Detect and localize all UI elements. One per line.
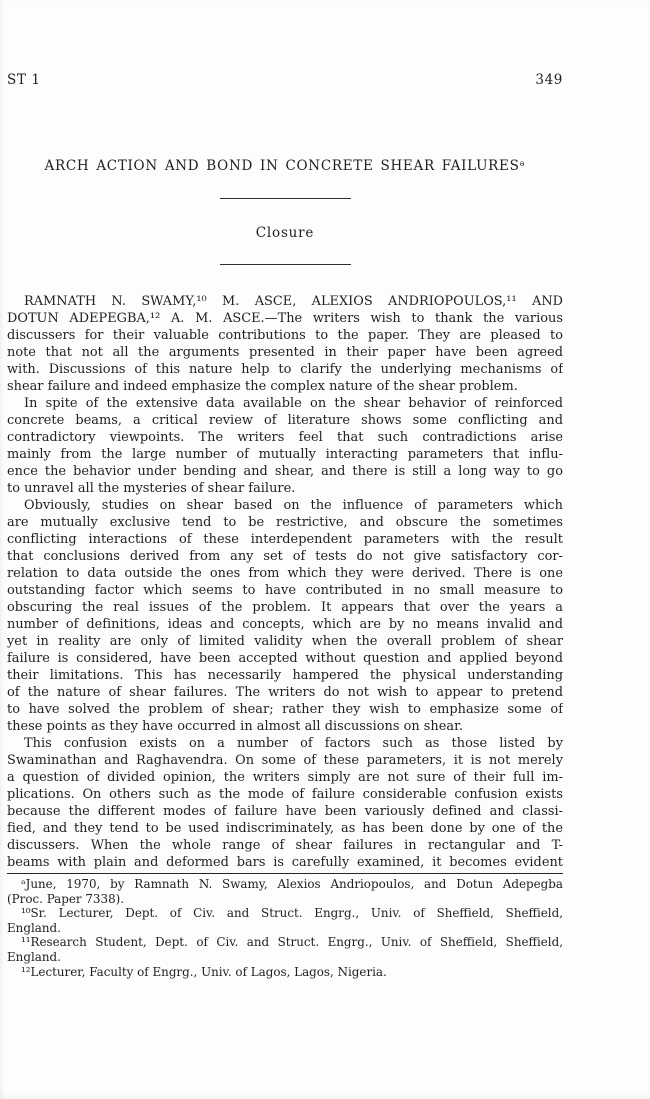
footnote-11: ¹¹Research Student, Dept. of Civ. and St… (7, 935, 563, 964)
text-line: to have solved the problem of shear; rat… (7, 701, 563, 718)
text-line: obscuring the real issues of the problem… (7, 599, 563, 616)
text-line: with. Discussions of this nature help to… (7, 361, 563, 378)
footnote-10: ¹⁰Sr. Lecturer, Dept. of Civ. and Struct… (7, 906, 563, 935)
journal-code: ST 1 (7, 73, 41, 88)
separator-rule-bottom (220, 264, 351, 265)
text-line: fied, and they tend to be used indiscrim… (7, 820, 563, 837)
text-line: outstanding factor which seems to have c… (7, 582, 563, 599)
text-line: beams with plain and deformed bars is ca… (7, 854, 563, 871)
text-line: yet in reality are only of limited valid… (7, 633, 563, 650)
footnote-line: (Proc. Paper 7338). (7, 892, 563, 907)
journal-page: ST 1 349 ARCH ACTION AND BOND IN CONCRET… (0, 0, 650, 1099)
text-line: mainly from the large number of mutually… (7, 446, 563, 463)
section-heading-closure: Closure (7, 225, 563, 241)
footnote-a: ᵃJune, 1970, by Ramnath N. Swamy, Alexio… (7, 877, 563, 906)
page-number: 349 (535, 73, 563, 88)
text-line: relation to data outside the ones from w… (7, 565, 563, 582)
text-line: RAMNATH N. SWAMY,¹⁰ M. ASCE, ALEXIOS AND… (7, 293, 563, 310)
footnote-line: ¹⁰Sr. Lecturer, Dept. of Civ. and Struct… (7, 906, 563, 921)
text-line: to unravel all the mysteries of shear fa… (7, 480, 563, 497)
running-header: ST 1 349 (7, 73, 563, 88)
text-line: a question of divided opinion, the write… (7, 769, 563, 786)
text-line: contradictory viewpoints. The writers fe… (7, 429, 563, 446)
text-line: discussers. When the whole range of shea… (7, 837, 563, 854)
text-line: of the nature of shear failures. The wri… (7, 684, 563, 701)
text-line: Swaminathan and Raghavendra. On some of … (7, 752, 563, 769)
text-line: failure is considered, have been accepte… (7, 650, 563, 667)
paragraph: In spite of the extensive data available… (7, 395, 563, 497)
footnote-line: ᵃJune, 1970, by Ramnath N. Swamy, Alexio… (7, 877, 563, 892)
text-line: discussers for their valuable contributi… (7, 327, 563, 344)
text-line: Obviously, studies on shear based on the… (7, 497, 563, 514)
text-line: note that not all the arguments presente… (7, 344, 563, 361)
text-line: ence the behavior under bending and shea… (7, 463, 563, 480)
text-line: This confusion exists on a number of fac… (7, 735, 563, 752)
footnote-line: England. (7, 921, 563, 936)
text-line: shear failure and indeed emphasize the c… (7, 378, 563, 395)
paragraph: Obviously, studies on shear based on the… (7, 497, 563, 735)
footnote-12: ¹²Lecturer, Faculty of Engrg., Univ. of … (7, 965, 563, 980)
text-line: their limitations. This has necessarily … (7, 667, 563, 684)
text-line: In spite of the extensive data available… (7, 395, 563, 412)
paragraph-authors: RAMNATH N. SWAMY,¹⁰ M. ASCE, ALEXIOS AND… (7, 293, 563, 395)
text-line: conflicting interactions of these interd… (7, 531, 563, 548)
footnote-line: ¹²Lecturer, Faculty of Engrg., Univ. of … (7, 965, 563, 980)
separator-rule-top (220, 198, 351, 199)
text-line: because the different modes of failure h… (7, 803, 563, 820)
text-line: concrete beams, a critical review of lit… (7, 412, 563, 429)
article-title: ARCH ACTION AND BOND IN CONCRETE SHEAR F… (7, 158, 563, 174)
article-body: RAMNATH N. SWAMY,¹⁰ M. ASCE, ALEXIOS AND… (7, 293, 563, 871)
footnote-line: England. (7, 950, 563, 965)
paragraph: This confusion exists on a number of fac… (7, 735, 563, 871)
text-line: these points as they have occurred in al… (7, 718, 563, 735)
text-line: DOTUN ADEPEGBA,¹² A. M. ASCE.—The writer… (7, 310, 563, 327)
text-line: plications. On others such as the mode o… (7, 786, 563, 803)
footnotes-block: ᵃJune, 1970, by Ramnath N. Swamy, Alexio… (7, 873, 563, 979)
text-line: number of definitions, ideas and concept… (7, 616, 563, 633)
footnote-line: ¹¹Research Student, Dept. of Civ. and St… (7, 935, 563, 950)
text-line: that conclusions derived from any set of… (7, 548, 563, 565)
text-line: are mutually exclusive tend to be restri… (7, 514, 563, 531)
